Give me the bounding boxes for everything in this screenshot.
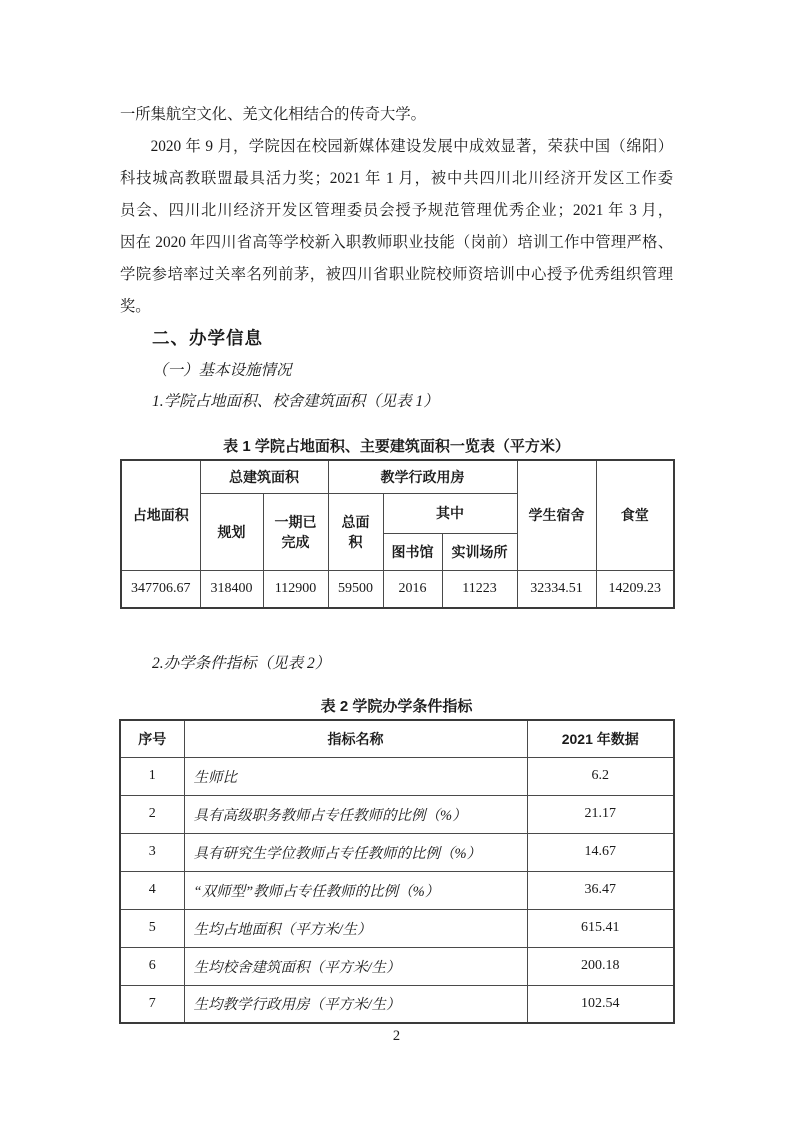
row-no: 1 (120, 757, 184, 795)
indicator-value: 36.47 (527, 871, 674, 909)
table-row: 7 生均教学行政用房（平方米/生） 102.54 (120, 985, 674, 1023)
page-number: 2 (0, 1026, 793, 1046)
table1-header-planned: 规划 (200, 493, 263, 570)
row-no: 2 (120, 795, 184, 833)
table1-area-overview: 占地面积 总建筑面积 教学行政用房 学生宿舍 食堂 规划 一期已完成 总面积 其… (120, 459, 675, 609)
row-no: 4 (120, 871, 184, 909)
table-row: 1 生师比 6.2 (120, 757, 674, 795)
table-row: 4 “双师型”教师占专任教师的比例（%） 36.47 (120, 871, 674, 909)
table1-header-among-which: 其中 (383, 493, 517, 533)
indicator-value: 21.17 (527, 795, 674, 833)
row-no: 6 (120, 947, 184, 985)
table1-header-land-area: 占地面积 (121, 460, 200, 570)
table2-title: 表 2 学院办学条件指标 (120, 696, 673, 718)
table1-header-teaching-admin: 教学行政用房 (328, 460, 517, 493)
table1-value-canteen: 14209.23 (596, 570, 674, 608)
table-row: 6 生均校舍建筑面积（平方米/生） 200.18 (120, 947, 674, 985)
table1-header-canteen: 食堂 (596, 460, 674, 570)
table1-value-land-area: 347706.67 (121, 570, 200, 608)
indicator-name: 具有高级职务教师占专任教师的比例（%） (184, 795, 527, 833)
table-row: 2 具有高级职务教师占专任教师的比例（%） 21.17 (120, 795, 674, 833)
table1-header-phase-one: 一期已完成 (263, 493, 328, 570)
table1-value-training-site: 11223 (442, 570, 517, 608)
table-row: 3 具有研究生学位教师占专任教师的比例（%） 14.67 (120, 833, 674, 871)
indicator-name: 生师比 (184, 757, 527, 795)
table1-value-phase-one: 112900 (263, 570, 328, 608)
paragraph-line: 员会、四川北川经济开发区管理委员会授予规范管理优秀企业；2021 年 3 月， (120, 195, 673, 227)
indicator-name: 生均占地面积（平方米/生） (184, 909, 527, 947)
indicator-name: 具有研究生学位教师占专任教师的比例（%） (184, 833, 527, 871)
paragraph-line: 科技城高教联盟最具活力奖；2021 年 1 月，被中共四川北川经济开发区工作委 (120, 163, 673, 195)
table1-header-total-area: 总面积 (328, 493, 383, 570)
indicator-name: 生均教学行政用房（平方米/生） (184, 985, 527, 1023)
table1-header-training-site: 实训场所 (442, 533, 517, 570)
indicator-value: 615.41 (527, 909, 674, 947)
table1-value-total-area: 59500 (328, 570, 383, 608)
table1-header-dormitory: 学生宿舍 (517, 460, 596, 570)
table1-value-library: 2016 (383, 570, 442, 608)
indicator-value: 14.67 (527, 833, 674, 871)
table2-col-no: 序号 (120, 720, 184, 757)
table1-value-dormitory: 32334.51 (517, 570, 596, 608)
paragraph-line: 因在 2020 年四川省高等学校新入职教师职业技能（岗前）培训工作中管理严格、 (120, 227, 673, 259)
indicator-name: 生均校舍建筑面积（平方米/生） (184, 947, 527, 985)
section-heading: 二、办学信息 (152, 324, 652, 352)
indicator-value: 200.18 (527, 947, 674, 985)
paragraph-line: 一所集航空文化、羌文化相结合的传奇大学。 (120, 99, 673, 131)
paragraph-line: 学院参培率过关率名列前茅，被四川省职业院校师资培训中心授予优秀组织管理 (120, 259, 673, 291)
table1-value-planned: 318400 (200, 570, 263, 608)
row-no: 3 (120, 833, 184, 871)
indicator-value: 6.2 (527, 757, 674, 795)
table1-header-total-construction: 总建筑面积 (200, 460, 328, 493)
paragraph-line: 奖。 (120, 291, 673, 323)
table2-col-2021-data: 2021 年数据 (527, 720, 674, 757)
table2-col-indicator: 指标名称 (184, 720, 527, 757)
row-no: 7 (120, 985, 184, 1023)
indicator-name: “双师型”教师占专任教师的比例（%） (184, 871, 527, 909)
document-page: 一所集航空文化、羌文化相结合的传奇大学。 2020 年 9 月，学院因在校园新媒… (0, 0, 793, 1122)
subsection-heading: （一）基本设施情况 (152, 358, 672, 384)
table-row: 5 生均占地面积（平方米/生） 615.41 (120, 909, 674, 947)
list-item-2: 2.办学条件指标（见表 2） (152, 651, 672, 677)
list-item-1: 1.学院占地面积、校舍建筑面积（见表 1） (152, 389, 672, 415)
row-no: 5 (120, 909, 184, 947)
table2-indicators: 序号 指标名称 2021 年数据 1 生师比 6.2 2 具有高级职务教师占专任… (119, 719, 675, 1024)
body-text-block: 一所集航空文化、羌文化相结合的传奇大学。 2020 年 9 月，学院因在校园新媒… (120, 99, 673, 323)
indicator-value: 102.54 (527, 985, 674, 1023)
paragraph-line: 2020 年 9 月，学院因在校园新媒体建设发展中成效显著，荣获中国（绵阳） (120, 131, 673, 163)
table1-header-library: 图书馆 (383, 533, 442, 570)
table1-title: 表 1 学院占地面积、主要建筑面积一览表（平方米） (120, 436, 673, 458)
